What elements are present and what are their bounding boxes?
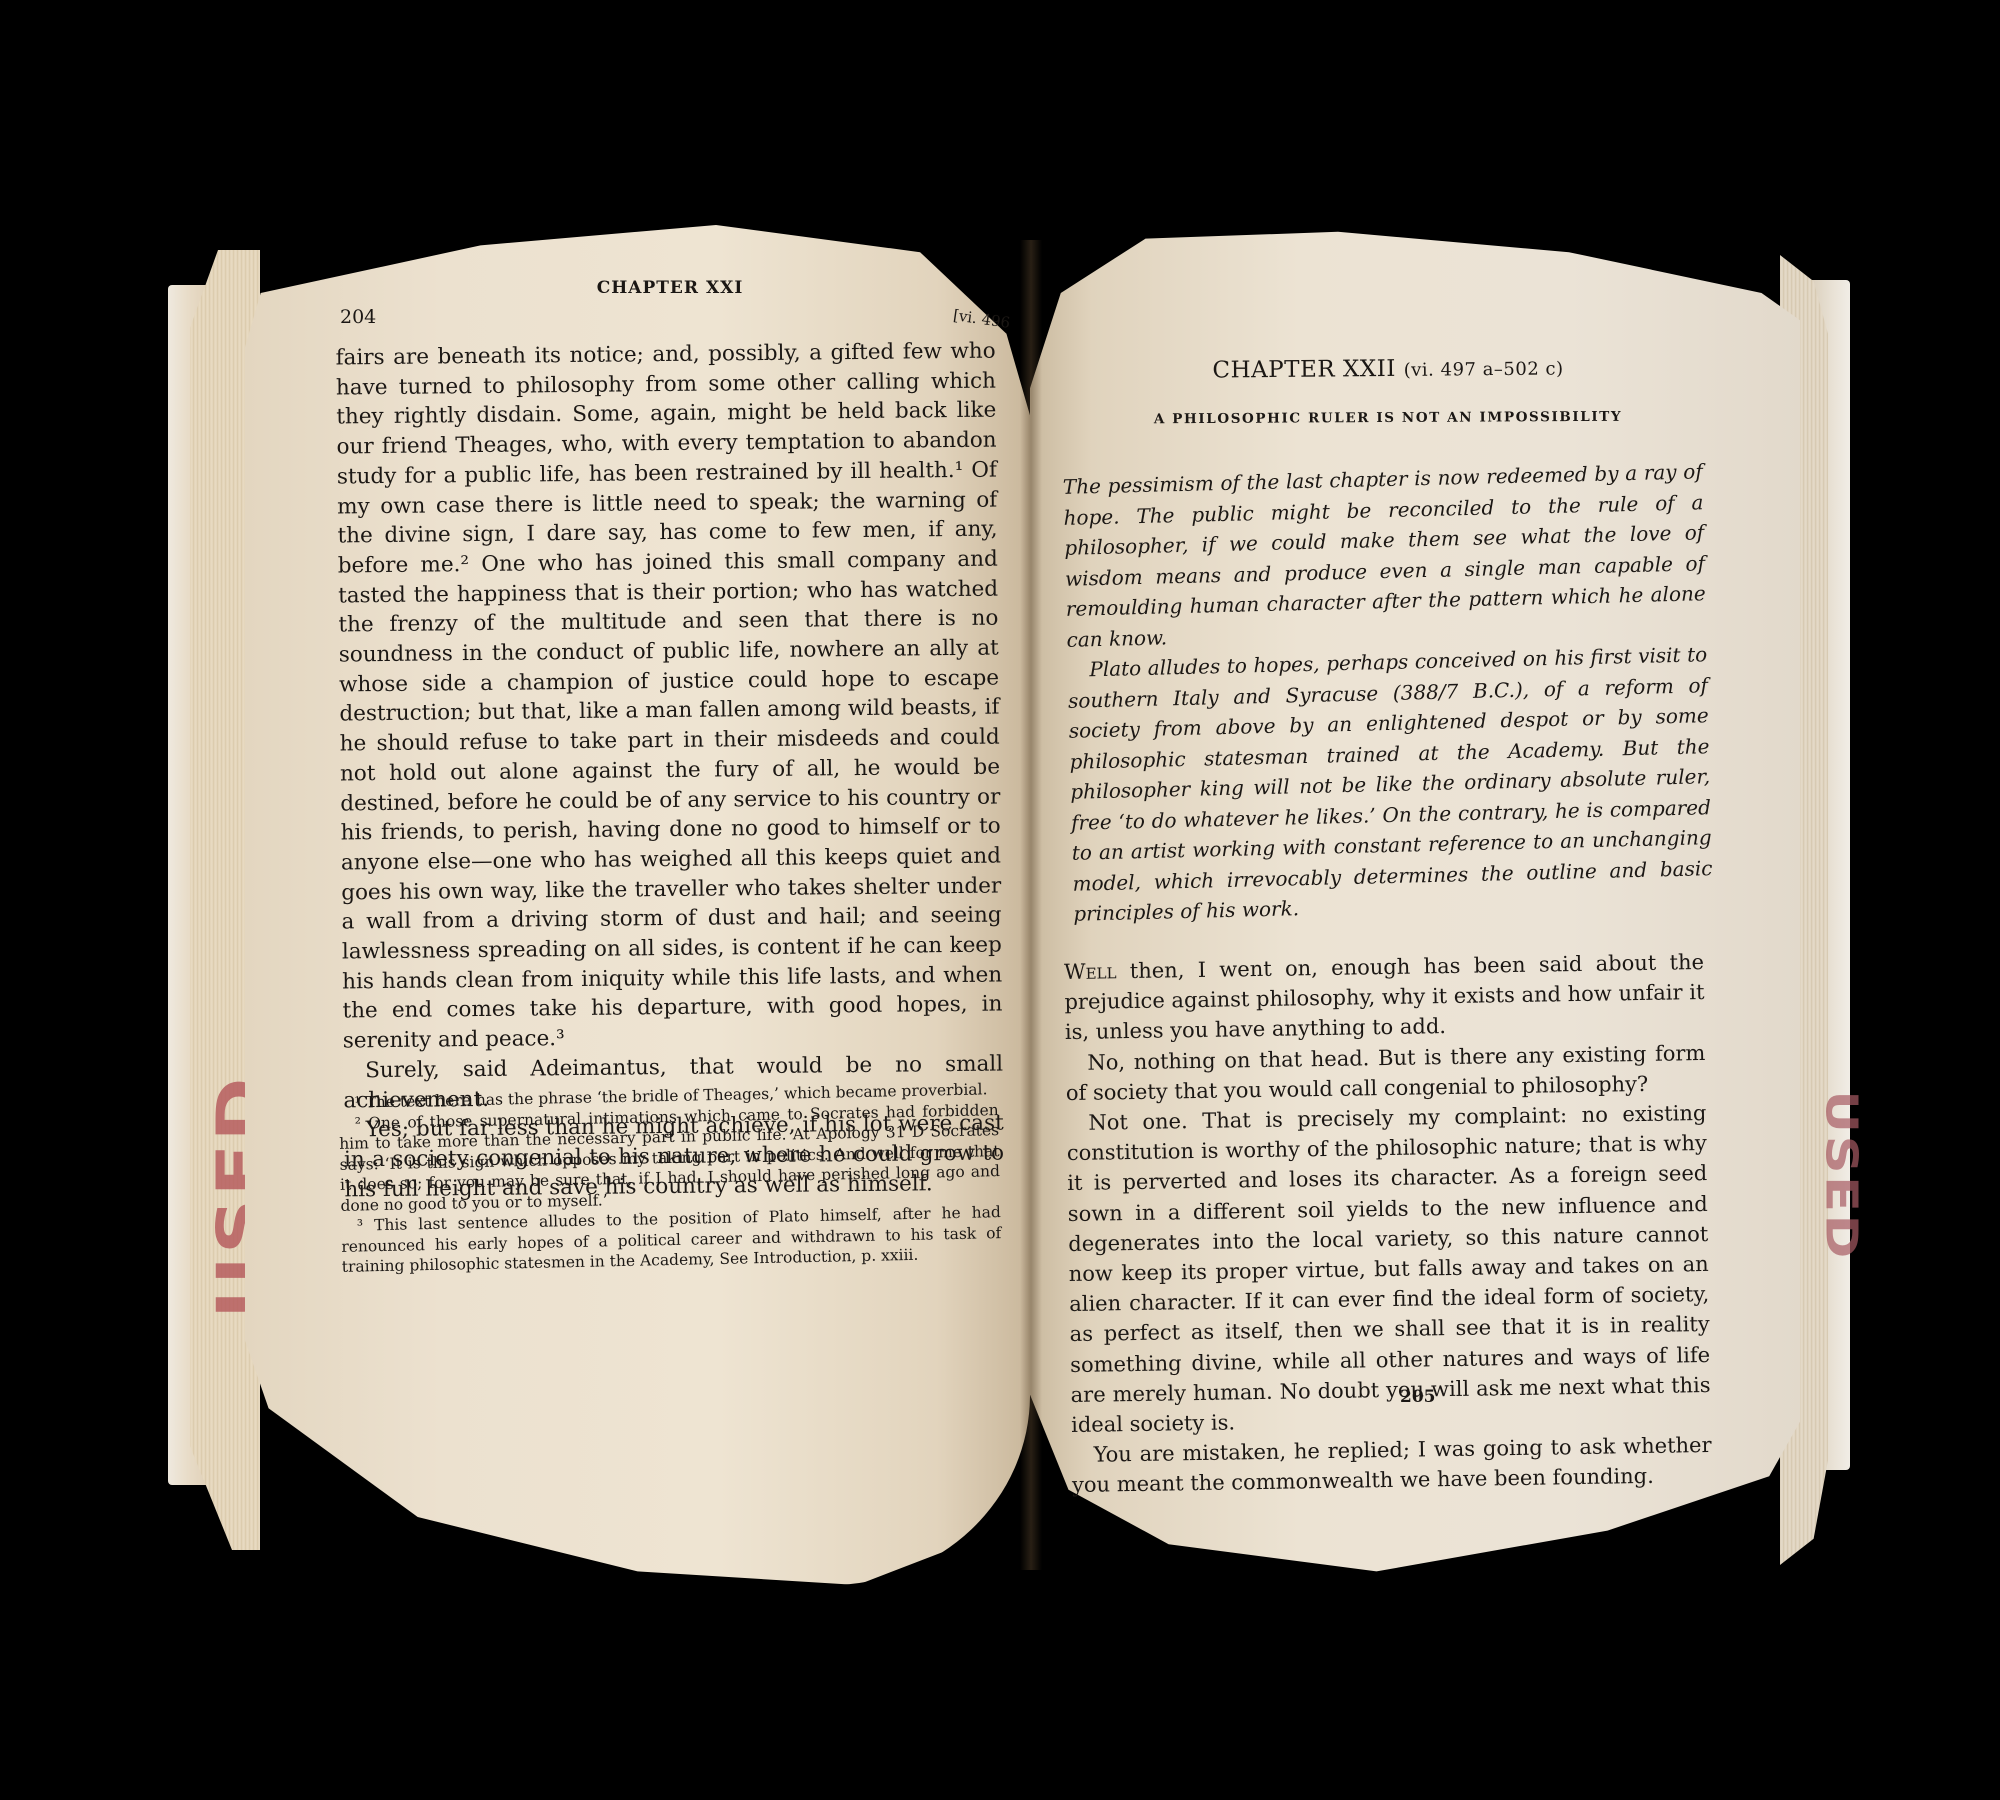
chapter-subtitle: A PHILOSOPHIC RULER IS NOT AN IMPOSSIBIL… [1068, 408, 1708, 427]
right-page-body: Well then, I went on, enough has been sa… [1064, 947, 1712, 1501]
footnotes: ¹ The text here has the phrase ‘the brid… [338, 1079, 1002, 1277]
paragraph: No, nothing on that head. But is there a… [1065, 1037, 1706, 1107]
opening-word: Well [1064, 959, 1117, 984]
book-gutter [1020, 240, 1042, 1570]
chapter-summary: The pessimism of the last chapter is now… [1063, 456, 1714, 929]
right-page-content: CHAPTER XXII (vi. 497 a–502 c) A PHILOSO… [1068, 356, 1708, 1495]
summary-paragraph: The pessimism of the last chapter is now… [1063, 456, 1707, 655]
summary-paragraph: Plato alludes to hopes, perhaps conceive… [1067, 639, 1714, 929]
chapter-title: CHAPTER XXII (vi. 497 a–502 c) [1068, 353, 1708, 385]
chapter-number: CHAPTER XXII [1212, 356, 1396, 384]
photo-background: USED USED CHAPTER XXI 204 [vi. 496 fairs… [0, 0, 2000, 1800]
paragraph: Not one. That is precisely my complaint:… [1066, 1098, 1711, 1440]
paragraph-text: then, I went on, enough has been said ab… [1064, 950, 1704, 1044]
page-number-right: 205 [1400, 1387, 1436, 1407]
running-head: CHAPTER XXI [340, 278, 1000, 298]
paragraph: fairs are beneath its notice; and, possi… [336, 337, 1003, 1057]
footnote-2: ² One of those supernatural intimations … [339, 1100, 1001, 1216]
page-number-left: 204 [340, 306, 376, 328]
paragraph: Well then, I went on, enough has been sa… [1064, 947, 1705, 1048]
paragraph: You are mistaken, he replied; I was goin… [1071, 1430, 1712, 1500]
left-page-body: fairs are beneath its notice; and, possi… [336, 337, 1005, 1205]
used-stamp-right: USED [1816, 1090, 1867, 1260]
chapter-reference: (vi. 497 a–502 c) [1404, 358, 1564, 380]
